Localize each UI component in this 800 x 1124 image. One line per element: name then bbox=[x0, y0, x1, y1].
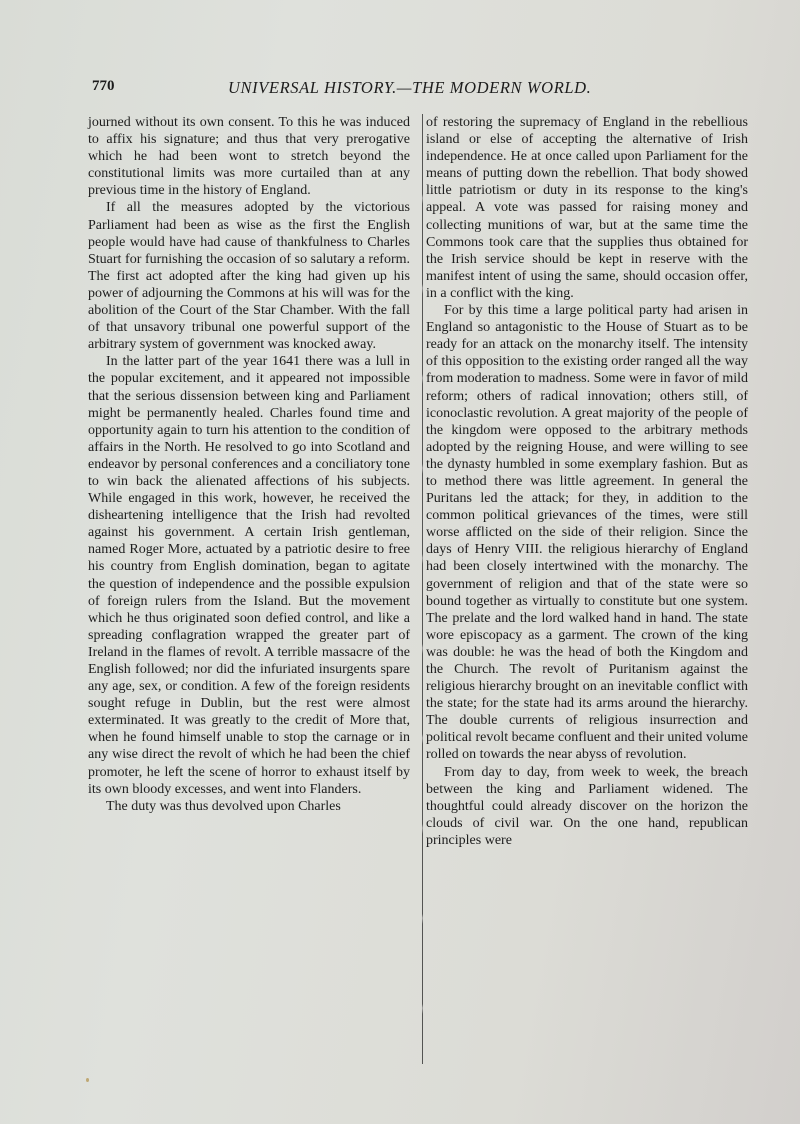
column-divider-rule bbox=[422, 114, 423, 1064]
paper-stain bbox=[86, 1078, 89, 1082]
page-number: 770 bbox=[92, 78, 115, 95]
paragraph: If all the measures adopted by the victo… bbox=[88, 199, 410, 353]
right-column: of restoring the supremacy of England in… bbox=[426, 114, 748, 849]
paragraph: of restoring the supremacy of England in… bbox=[426, 114, 748, 302]
running-head: 770 UNIVERSAL HISTORY.—THE MODERN WORLD. bbox=[88, 78, 748, 108]
paragraph: For by this time a large political party… bbox=[426, 302, 748, 764]
text-columns: journed without its own consent. To this… bbox=[88, 114, 748, 849]
left-column: journed without its own consent. To this… bbox=[88, 114, 410, 849]
paragraph: From day to day, from week to week, the … bbox=[426, 764, 748, 849]
running-title: UNIVERSAL HISTORY.—THE MODERN WORLD. bbox=[228, 78, 591, 98]
paragraph: In the latter part of the year 1641 ther… bbox=[88, 353, 410, 797]
paragraph: journed without its own consent. To this… bbox=[88, 114, 410, 199]
paragraph: The duty was thus devolved upon Charles bbox=[88, 798, 410, 815]
book-page: 770 UNIVERSAL HISTORY.—THE MODERN WORLD.… bbox=[88, 78, 748, 108]
